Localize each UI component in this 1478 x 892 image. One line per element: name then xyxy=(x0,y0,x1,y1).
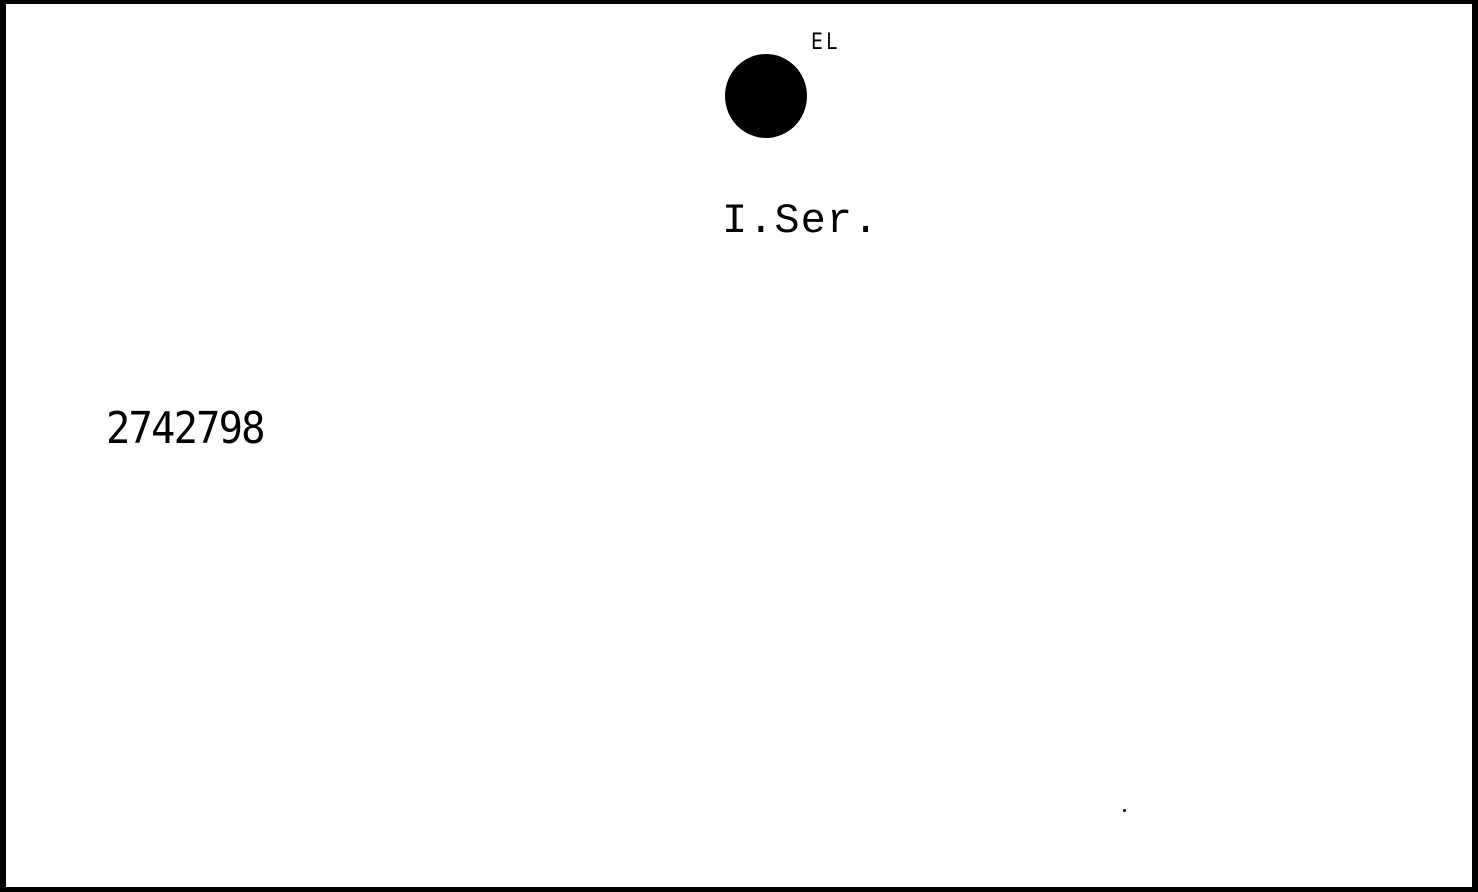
ink-speck xyxy=(1123,809,1126,812)
handwritten-mark: EL xyxy=(811,30,840,55)
card-number: 2742798 xyxy=(106,407,264,451)
index-card: EL I.Ser. 2742798 xyxy=(6,4,1472,887)
series-label: I.Ser. xyxy=(722,200,879,242)
punch-hole-icon xyxy=(725,54,807,138)
